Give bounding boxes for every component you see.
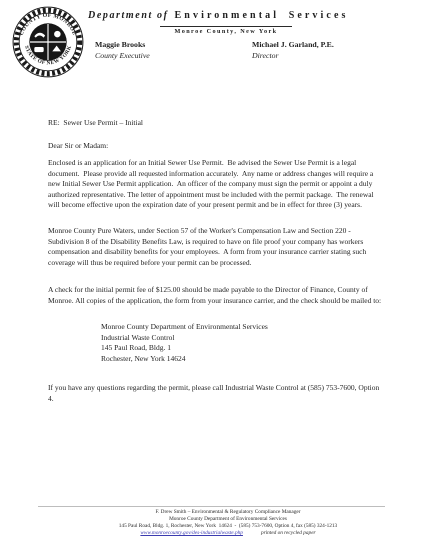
footer-address-line: 145 Paul Road, Bldg. 1, Rochester, New Y… bbox=[30, 523, 426, 530]
director-name: Michael J. Garland, P.E. bbox=[252, 40, 334, 51]
executive-name: Maggie Brooks bbox=[95, 40, 150, 51]
subtitle-rule bbox=[160, 26, 292, 27]
page-footer: F. Drew Smith – Environmental & Regulato… bbox=[30, 509, 426, 537]
paragraph-enclosed: Enclosed is an application for an Initia… bbox=[48, 158, 384, 211]
closing-paragraph: If you have any questions regarding the … bbox=[48, 383, 384, 404]
paragraph-pure-waters: Monroe County Pure Waters, under Section… bbox=[48, 226, 384, 268]
re-line: RE: Sewer Use Permit – Initial bbox=[48, 118, 384, 129]
address-line: Rochester, New York 14624 bbox=[101, 354, 384, 365]
mailing-address: Monroe County Department of Environmenta… bbox=[101, 322, 384, 364]
department-name: Environmental Services bbox=[175, 10, 349, 21]
salutation: Dear Sir or Madam: bbox=[48, 141, 384, 152]
county-seal-icon: COUNTY OF MONROE STATE OF NEW YORK bbox=[12, 6, 84, 78]
director-title: Director bbox=[252, 51, 334, 62]
recycled-paper-note: printed on recycled paper bbox=[261, 530, 316, 537]
department-prefix: Department of bbox=[88, 10, 169, 21]
footer-rule bbox=[38, 506, 385, 507]
footer-link-line: www.monroecounty.gov/des-industrialwaste… bbox=[30, 530, 426, 537]
letter-page: COUNTY OF MONROE STATE OF NEW YORK Depar… bbox=[0, 0, 428, 554]
executive-title: County Executive bbox=[95, 51, 150, 62]
executive-block: Maggie Brooks County Executive bbox=[95, 40, 150, 61]
county-subtitle: Monroe County, New York bbox=[152, 28, 300, 35]
director-block: Michael J. Garland, P.E. Director bbox=[252, 40, 334, 61]
paragraph-check-fee: A check for the initial permit fee of $1… bbox=[48, 285, 384, 306]
department-title: Department ofEnvironmental Services bbox=[88, 10, 424, 21]
address-line: 145 Paul Road, Bldg. 1 bbox=[101, 343, 384, 354]
website-link[interactable]: www.monroecounty.gov/des-industrialwaste… bbox=[140, 530, 243, 537]
address-line: Monroe County Department of Environmenta… bbox=[101, 322, 384, 333]
address-line: Industrial Waste Control bbox=[101, 333, 384, 344]
